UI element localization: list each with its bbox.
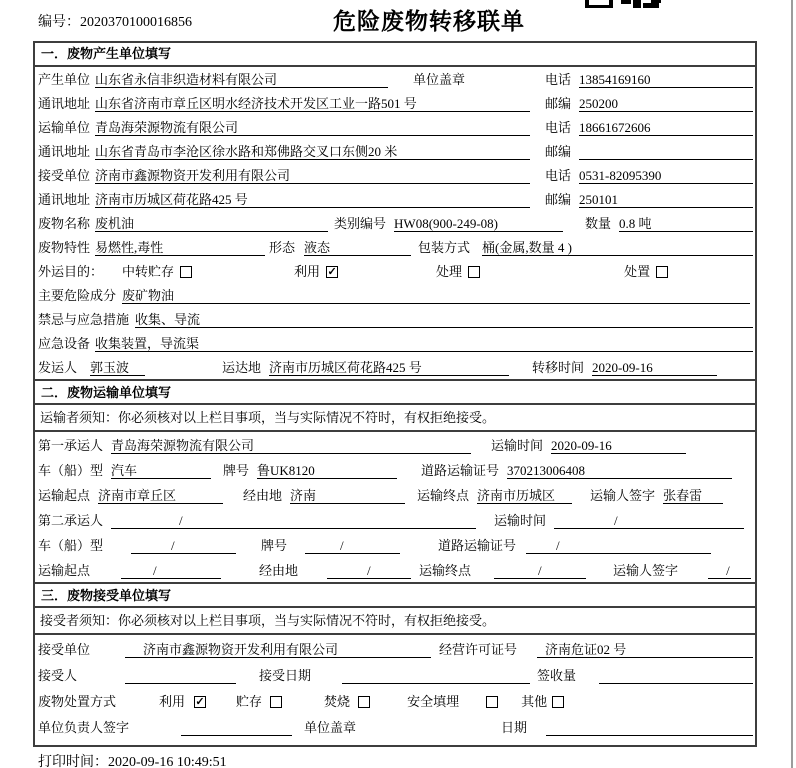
checkbox-dispose (656, 266, 668, 278)
carrier-signature-value: 张春雷 (663, 488, 723, 504)
transporter-unit-value: 青岛海荣源物流有限公司 (95, 120, 530, 136)
waste-form-label: 形态 (269, 240, 295, 256)
seal-date-value (546, 720, 753, 736)
waste-quantity-value: 0.8 吨 (619, 216, 753, 232)
transfer-purpose-label: 外运目的： (38, 264, 103, 280)
shipper-value: 郭玉波 (90, 360, 145, 376)
page-title: 危险废物转移联单 (333, 3, 525, 36)
destination-value: 济南市历城区荷花路425 号 (269, 360, 509, 376)
accept-date-label: 接受日期 (259, 668, 311, 684)
emergency-equipment-value: 收集装置，导流渠 (95, 336, 753, 352)
license-value: 济南危证02 号 (537, 642, 753, 658)
emergency-measures-row: 禁忌与应急措施 收集、导流 (35, 307, 755, 331)
disposal-method-label: 废物处置方式 (38, 694, 116, 710)
checkbox-store (270, 696, 282, 708)
emergency-measures-value: 收集、导流 (135, 312, 753, 328)
vehicle-type-label: 车（船）型 (38, 463, 103, 479)
receiver-notice: 接受者须知：你必须核对以上栏目事项，当与实际情况不符时，有权拒绝接受。 (35, 608, 755, 635)
route2-end-label: 运输终点 (419, 563, 471, 579)
transfer-date-value: 2020-09-16 (592, 360, 717, 376)
carrier-signature-label: 运输人签字 (590, 488, 655, 504)
plate-value: 鲁UK8120 (257, 463, 397, 479)
hazard-component-value: 废矿物油 (122, 288, 750, 304)
accept-person-value (125, 668, 236, 684)
producer-postcode-value: 250200 (579, 96, 753, 112)
plate2-value: / (305, 538, 400, 554)
checkbox-utilize: ✓ (326, 266, 338, 278)
signed-quantity-value (599, 668, 753, 684)
checkmark: ✓ (195, 697, 204, 707)
checkbox-transfer-storage (180, 266, 192, 278)
route-end-label: 运输终点 (417, 488, 469, 504)
transporter-address-label: 通讯地址 (38, 144, 90, 160)
waste-form-value: 液态 (304, 240, 411, 256)
receiver-unit-label: 接受单位 (38, 168, 90, 184)
transport-time-label: 运输时间 (491, 438, 543, 454)
road-permit2-label: 道路运输证号 (438, 538, 516, 554)
vehicle-row: 车（船）型 汽车 牌号 鲁UK8120 道路运输证号 370213006408 (35, 457, 755, 482)
transfer-date-label: 转移时间 (532, 360, 584, 376)
hazard-component-row: 主要危险成分 废矿物油 (35, 283, 755, 307)
receiver-phone-value: 0531-82095390 (579, 168, 753, 184)
checkbox-utilize-2: ✓ (194, 696, 206, 708)
option-dispose-label: 处置 (624, 264, 650, 280)
route-row: 运输起点 济南市章丘区 经由地 济南 运输终点 济南市历城区 运输人签字 张春雷 (35, 482, 755, 507)
route2-via-value: / (327, 563, 411, 579)
producer-address-value: 山东省济南市章丘区明水经济技术开发区工业一路501 号 (95, 96, 530, 112)
receiver-unit-value: 济南市鑫源物资开发利用有限公司 (95, 168, 530, 184)
license-label: 经营许可证号 (439, 642, 517, 658)
accept-unit-value: 济南市鑫源物资开发利用有限公司 (125, 642, 431, 658)
transporter-phone-label: 电话 (545, 120, 571, 136)
route2-origin-label: 运输起点 (38, 563, 90, 579)
unit-seal-label: 单位盖章 (413, 72, 465, 88)
checkbox-other (552, 696, 564, 708)
waste-code-value: HW08(900-249-08) (394, 216, 563, 232)
producer-phone-value: 13854169160 (579, 72, 753, 88)
emergency-equipment-row: 应急设备 收集装置，导流渠 (35, 331, 755, 355)
hazard-component-label: 主要危险成分 (38, 288, 116, 304)
waste-name-label: 废物名称 (38, 216, 90, 232)
unit-seal2-label: 单位盖章 (304, 720, 356, 736)
accept-unit-label: 接受单位 (38, 642, 90, 658)
vehicle-type2-value: / (131, 538, 236, 554)
transporter-postcode-label: 邮编 (545, 144, 571, 160)
route2-end-value: / (494, 563, 586, 579)
transfer-purpose-row: 外运目的： 中转贮存 利用 ✓ 处理 处置 (35, 259, 755, 283)
qr-code-partial (585, 0, 663, 8)
transporter-address-row: 通讯地址 山东省青岛市李沧区徐水路和郑佛路交叉口东侧20 米 邮编 (35, 139, 755, 163)
second-carrier-label: 第二承运人 (38, 513, 103, 529)
transporter-phone-value: 18661672606 (579, 120, 753, 136)
vehicle-type-value: 汽车 (111, 463, 211, 479)
route2-via-label: 经由地 (259, 563, 298, 579)
section-receiver: 三．废物接受单位填写 接受者须知：你必须核对以上栏目事项，当与实际情况不符时，有… (35, 582, 755, 739)
route2-row: 运输起点 / 经由地 / 运输终点 / 运输人签字 / (35, 557, 755, 582)
road-permit2-value: / (526, 538, 711, 554)
manifest-form: 一．废物产生单位填写 产生单位 山东省永信非织造材料有限公司 单位盖章 电话 1… (33, 41, 757, 747)
packing-value: 桶(金属,数量 4 ) (482, 240, 753, 256)
road-permit-label: 道路运输证号 (421, 463, 499, 479)
vehicle2-row: 车（船）型 / 牌号 / 道路运输证号 / (35, 532, 755, 557)
serial-label: 编号： (38, 15, 80, 30)
option-incinerate-label: 焚烧 (324, 694, 350, 710)
route-via-label: 经由地 (243, 488, 282, 504)
section-transporter: 二．废物运输单位填写 运输者须知：你必须核对以上栏目事项，当与实际情况不符时，有… (35, 379, 755, 582)
waste-code-label: 类别编号 (334, 216, 386, 232)
receiver-postcode-value: 250101 (579, 192, 753, 208)
first-carrier-label: 第一承运人 (38, 438, 103, 454)
waste-property-value: 易燃性,毒性 (95, 240, 265, 256)
option-store-label: 贮存 (236, 694, 262, 710)
disposal-method-row: 废物处置方式 利用 ✓ 贮存 焚烧 安全填埋 其他 (35, 687, 755, 713)
option-utilize2-label: 利用 (159, 694, 185, 710)
option-transfer-storage-label: 中转贮存 (122, 264, 174, 280)
accept-unit-row: 接受单位 济南市鑫源物资开发利用有限公司 经营许可证号 济南危证02 号 (35, 635, 755, 661)
packing-label: 包装方式 (418, 240, 470, 256)
producer-phone-label: 电话 (545, 72, 571, 88)
option-landfill-label: 安全填埋 (407, 694, 459, 710)
receiver-phone-label: 电话 (545, 168, 571, 184)
producer-postcode-label: 邮编 (545, 96, 571, 112)
shipper-row: 发运人 郭玉波 运达地 济南市历城区荷花路425 号 转移时间 2020-09-… (35, 355, 755, 379)
emergency-equipment-label: 应急设备 (38, 336, 90, 352)
receiver-address-row: 通讯地址 济南市历城区荷花路425 号 邮编 250101 (35, 187, 755, 211)
transport-time-value: 2020-09-16 (551, 438, 686, 454)
producer-address-label: 通讯地址 (38, 96, 90, 112)
plate-label: 牌号 (223, 463, 249, 479)
print-time: 打印时间：2020-09-16 10:49:51 (38, 751, 227, 768)
receiver-address-value: 济南市历城区荷花路425 号 (95, 192, 530, 208)
plate2-label: 牌号 (261, 538, 287, 554)
option-other-label: 其他 (521, 694, 547, 710)
accept-date-value (342, 668, 530, 684)
second-carrier-row: 第二承运人 / 运输时间 / (35, 507, 755, 532)
route-via-value: 济南 (290, 488, 405, 504)
section-producer-header: 一．废物产生单位填写 (35, 43, 755, 67)
print-time-label: 打印时间： (38, 755, 108, 768)
transporter-postcode-value (579, 144, 753, 160)
producer-unit-row: 产生单位 山东省永信非织造材料有限公司 单位盖章 电话 13854169160 (35, 67, 755, 91)
responsible-signature-label: 单位负责人签字 (38, 720, 129, 736)
carrier2-signature-label: 运输人签字 (613, 563, 678, 579)
responsible-signature-value (181, 720, 292, 736)
waste-name-row: 废物名称 废机油 类别编号 HW08(900-249-08) 数量 0.8 吨 (35, 211, 755, 235)
manifest-document: 编号：2020370100016856 危险废物转移联单 一．废物产生单位填写 … (0, 0, 796, 768)
transporter-unit-label: 运输单位 (38, 120, 90, 136)
producer-unit-value: 山东省永信非织造材料有限公司 (95, 72, 388, 88)
transporter-address-value: 山东省青岛市李沧区徐水路和郑佛路交叉口东侧20 米 (95, 144, 530, 160)
shipper-label: 发运人 (38, 360, 77, 376)
first-carrier-value: 青岛海荣源物流有限公司 (111, 438, 471, 454)
signed-quantity-label: 签收量 (537, 668, 576, 684)
serial-value: 2020370100016856 (80, 15, 192, 30)
responsible-signature-row: 单位负责人签字 单位盖章 日期 (35, 713, 755, 739)
producer-unit-label: 产生单位 (38, 72, 90, 88)
seal-date-label: 日期 (501, 720, 527, 736)
carrier2-signature-value: / (708, 563, 751, 579)
page-right-edge (791, 0, 793, 768)
accept-person-row: 接受人 接受日期 签收量 (35, 661, 755, 687)
option-utilize-label: 利用 (294, 264, 320, 280)
receiver-address-label: 通讯地址 (38, 192, 90, 208)
checkbox-landfill (486, 696, 498, 708)
vehicle-type2-label: 车（船）型 (38, 538, 103, 554)
transporter-unit-row: 运输单位 青岛海荣源物流有限公司 电话 18661672606 (35, 115, 755, 139)
waste-name-value: 废机油 (95, 216, 328, 232)
route-end-value: 济南市历城区 (477, 488, 572, 504)
transporter-notice: 运输者须知：你必须核对以上栏目事项，当与实际情况不符时，有权拒绝接受。 (35, 405, 755, 432)
route-origin-value: 济南市章丘区 (98, 488, 223, 504)
first-carrier-row: 第一承运人 青岛海荣源物流有限公司 运输时间 2020-09-16 (35, 432, 755, 457)
checkbox-treat (468, 266, 480, 278)
emergency-measures-label: 禁忌与应急措施 (38, 312, 129, 328)
transport-time2-value: / (554, 513, 744, 529)
transport-time2-label: 运输时间 (494, 513, 546, 529)
waste-quantity-label: 数量 (585, 216, 611, 232)
option-treat-label: 处理 (436, 264, 462, 280)
serial-number: 编号：2020370100016856 (38, 11, 192, 31)
waste-property-label: 废物特性 (38, 240, 90, 256)
section-producer: 一．废物产生单位填写 产生单位 山东省永信非织造材料有限公司 单位盖章 电话 1… (35, 43, 755, 379)
destination-label: 运达地 (222, 360, 261, 376)
route2-origin-value: / (121, 563, 221, 579)
print-time-value: 2020-09-16 10:49:51 (108, 755, 227, 768)
producer-address-row: 通讯地址 山东省济南市章丘区明水经济技术开发区工业一路501 号 邮编 2502… (35, 91, 755, 115)
checkmark: ✓ (327, 267, 336, 277)
accept-person-label: 接受人 (38, 668, 77, 684)
section-transporter-header: 二．废物运输单位填写 (35, 379, 755, 405)
waste-property-row: 废物特性 易燃性,毒性 形态 液态 包装方式 桶(金属,数量 4 ) (35, 235, 755, 259)
section-receiver-header: 三．废物接受单位填写 (35, 582, 755, 608)
checkbox-incinerate (358, 696, 370, 708)
second-carrier-value: / (111, 513, 476, 529)
road-permit-value: 370213006408 (507, 463, 732, 479)
receiver-unit-row: 接受单位 济南市鑫源物资开发利用有限公司 电话 0531-82095390 (35, 163, 755, 187)
route-origin-label: 运输起点 (38, 488, 90, 504)
receiver-postcode-label: 邮编 (545, 192, 571, 208)
